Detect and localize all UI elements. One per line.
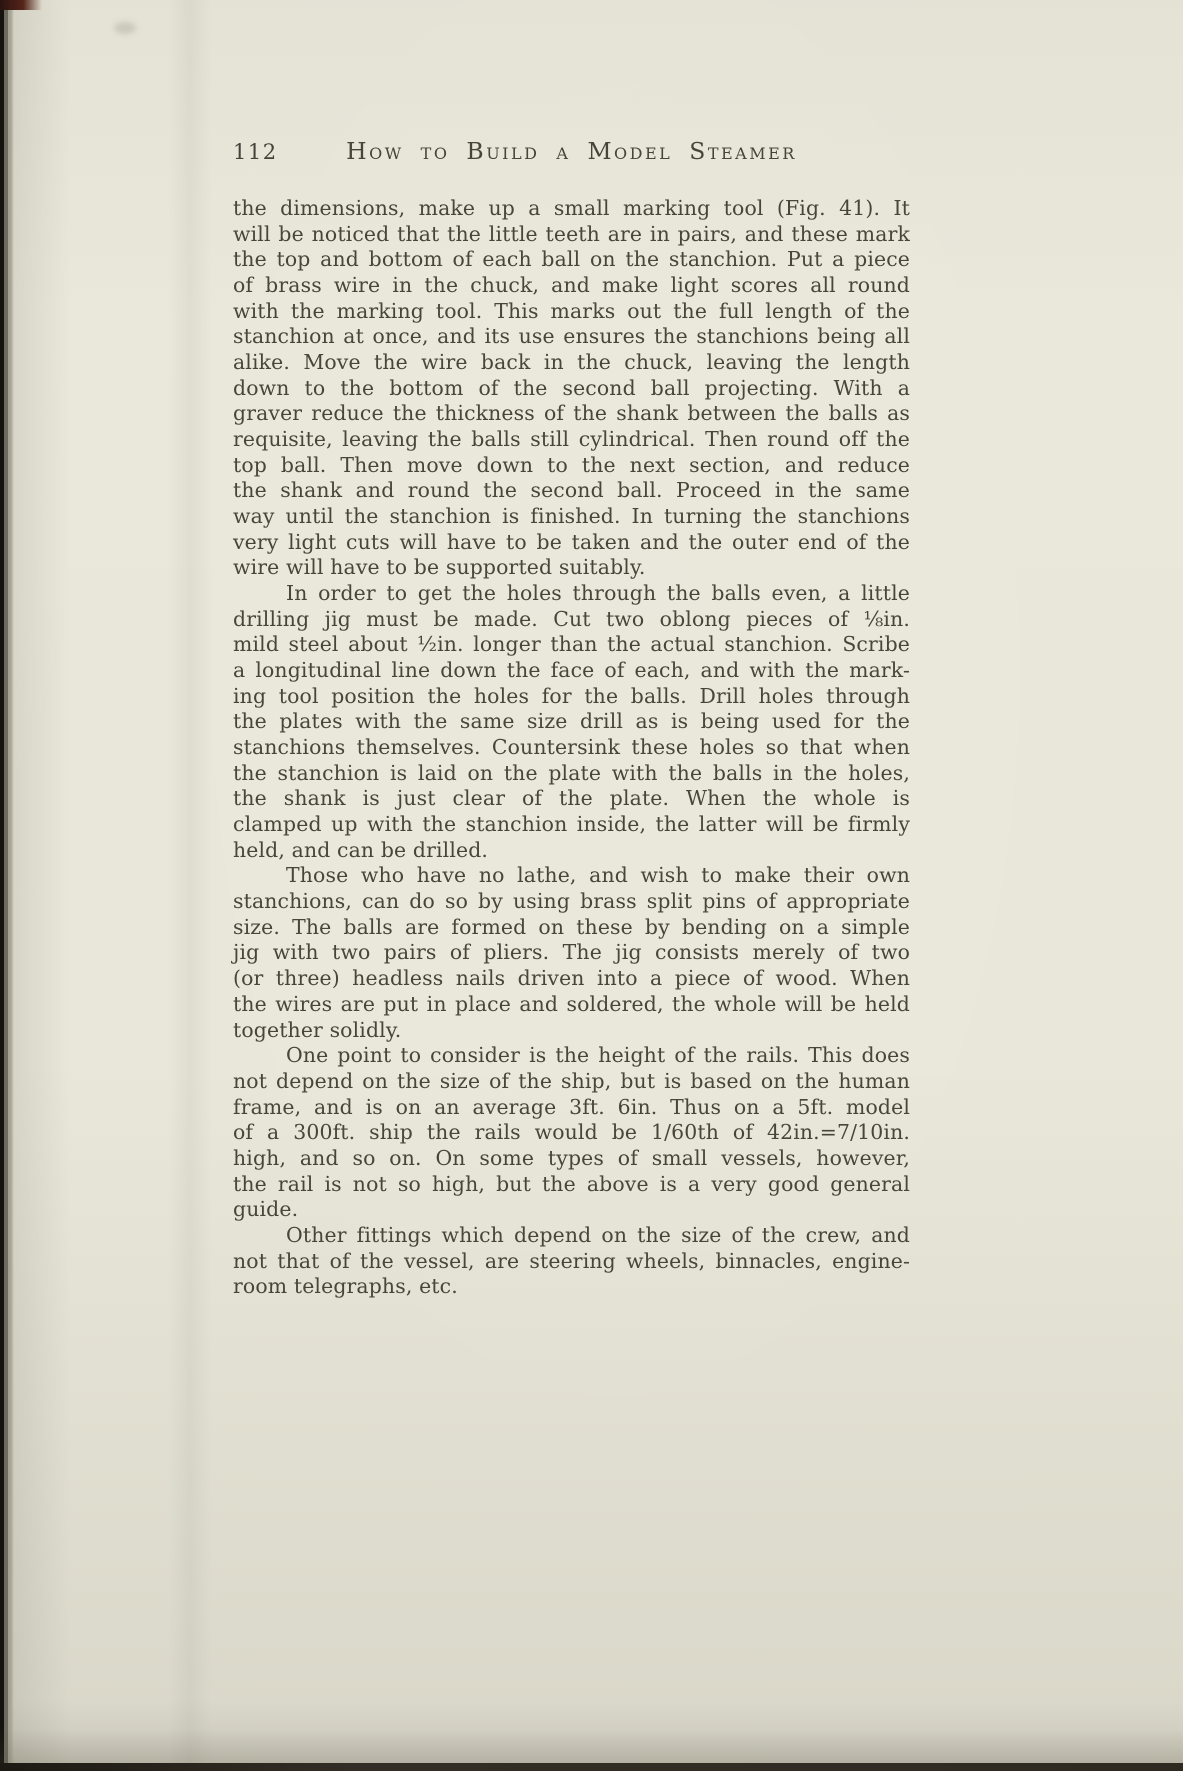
text-line: will be noticed that the little teeth ar… bbox=[233, 222, 910, 248]
paragraph: Those who have no lathe, and wish to mak… bbox=[233, 863, 910, 1043]
text-line: very light cuts will have to be taken an… bbox=[233, 530, 910, 556]
text-line: stanchions, can do so by using brass spl… bbox=[233, 889, 910, 915]
text-line: the wires are put in place and soldered,… bbox=[233, 992, 910, 1018]
text-line: a longitudinal line down the face of eac… bbox=[233, 658, 910, 684]
text-line: not that of the vessel, are steering whe… bbox=[233, 1249, 910, 1275]
text-line: In order to get the holes through the ba… bbox=[233, 581, 910, 607]
text-line: down to the bottom of the second ball pr… bbox=[233, 376, 910, 402]
text-line: of brass wire in the chuck, and make lig… bbox=[233, 273, 910, 299]
text-block: the dimensions, make up a small marking … bbox=[233, 196, 910, 1300]
scan-margin-shadow bbox=[168, 0, 212, 1771]
scanned-book-page: 112 How to Build a Model Steamer the dim… bbox=[0, 0, 1183, 1771]
page-header: 112 How to Build a Model Steamer bbox=[233, 137, 910, 171]
text-line: One point to consider is the height of t… bbox=[233, 1043, 910, 1069]
text-line: stanchion at once, and its use ensures t… bbox=[233, 324, 910, 350]
paragraph: the dimensions, make up a small marking … bbox=[233, 196, 910, 581]
text-line: jig with two pairs of pliers. The jig co… bbox=[233, 940, 910, 966]
paragraph: In order to get the holes through the ba… bbox=[233, 581, 910, 863]
text-line: ing tool position the holes for the ball… bbox=[233, 684, 910, 710]
text-line: not depend on the size of the ship, but … bbox=[233, 1069, 910, 1095]
binding-edge-shadow bbox=[0, 0, 14, 1771]
text-line: requisite, leaving the balls still cylin… bbox=[233, 427, 910, 453]
text-line: size. The balls are formed on these by b… bbox=[233, 915, 910, 941]
text-line: the shank and round the second ball. Pro… bbox=[233, 478, 910, 504]
text-line: mild steel about ½in. longer than the ac… bbox=[233, 632, 910, 658]
text-line: the dimensions, make up a small marking … bbox=[233, 196, 910, 222]
text-line: graver reduce the thickness of the shank… bbox=[233, 401, 910, 427]
text-line: held, and can be drilled. bbox=[233, 838, 910, 864]
text-line: top ball. Then move down to the next sec… bbox=[233, 453, 910, 479]
corner-stain bbox=[0, 0, 42, 10]
text-line: Those who have no lathe, and wish to mak… bbox=[233, 863, 910, 889]
text-line: stanchions themselves. Countersink these… bbox=[233, 735, 910, 761]
text-line: the rail is not so high, but the above i… bbox=[233, 1172, 910, 1198]
text-line: clamped up with the stanchion inside, th… bbox=[233, 812, 910, 838]
running-title: How to Build a Model Steamer bbox=[233, 137, 910, 165]
paper-smudge-mark bbox=[114, 22, 136, 34]
text-line: wire will have to be supported suitably. bbox=[233, 555, 910, 581]
text-line: alike. Move the wire back in the chuck, … bbox=[233, 350, 910, 376]
text-line: together solidly. bbox=[233, 1018, 910, 1044]
text-line: the plates with the same size drill as i… bbox=[233, 709, 910, 735]
paragraph: Other fittings which depend on the size … bbox=[233, 1223, 910, 1300]
text-line: drilling jig must be made. Cut two oblon… bbox=[233, 607, 910, 633]
text-line: guide. bbox=[233, 1197, 910, 1223]
text-line: the top and bottom of each ball on the s… bbox=[233, 247, 910, 273]
paragraph: One point to consider is the height of t… bbox=[233, 1043, 910, 1223]
text-line: the stanchion is laid on the plate with … bbox=[233, 761, 910, 787]
text-line: Other fittings which depend on the size … bbox=[233, 1223, 910, 1249]
text-line: of a 300ft. ship the rails would be 1/60… bbox=[233, 1120, 910, 1146]
bottom-edge-shadow bbox=[0, 1763, 1183, 1771]
text-line: room telegraphs, etc. bbox=[233, 1274, 910, 1300]
text-line: (or three) headless nails driven into a … bbox=[233, 966, 910, 992]
text-line: with the marking tool. This marks out th… bbox=[233, 299, 910, 325]
text-line: frame, and is on an average 3ft. 6in. Th… bbox=[233, 1095, 910, 1121]
bottom-edge-fade bbox=[0, 1729, 1183, 1763]
text-line: way until the stanchion is finished. In … bbox=[233, 504, 910, 530]
text-line: high, and so on. On some types of small … bbox=[233, 1146, 910, 1172]
text-line: the shank is just clear of the plate. Wh… bbox=[233, 786, 910, 812]
